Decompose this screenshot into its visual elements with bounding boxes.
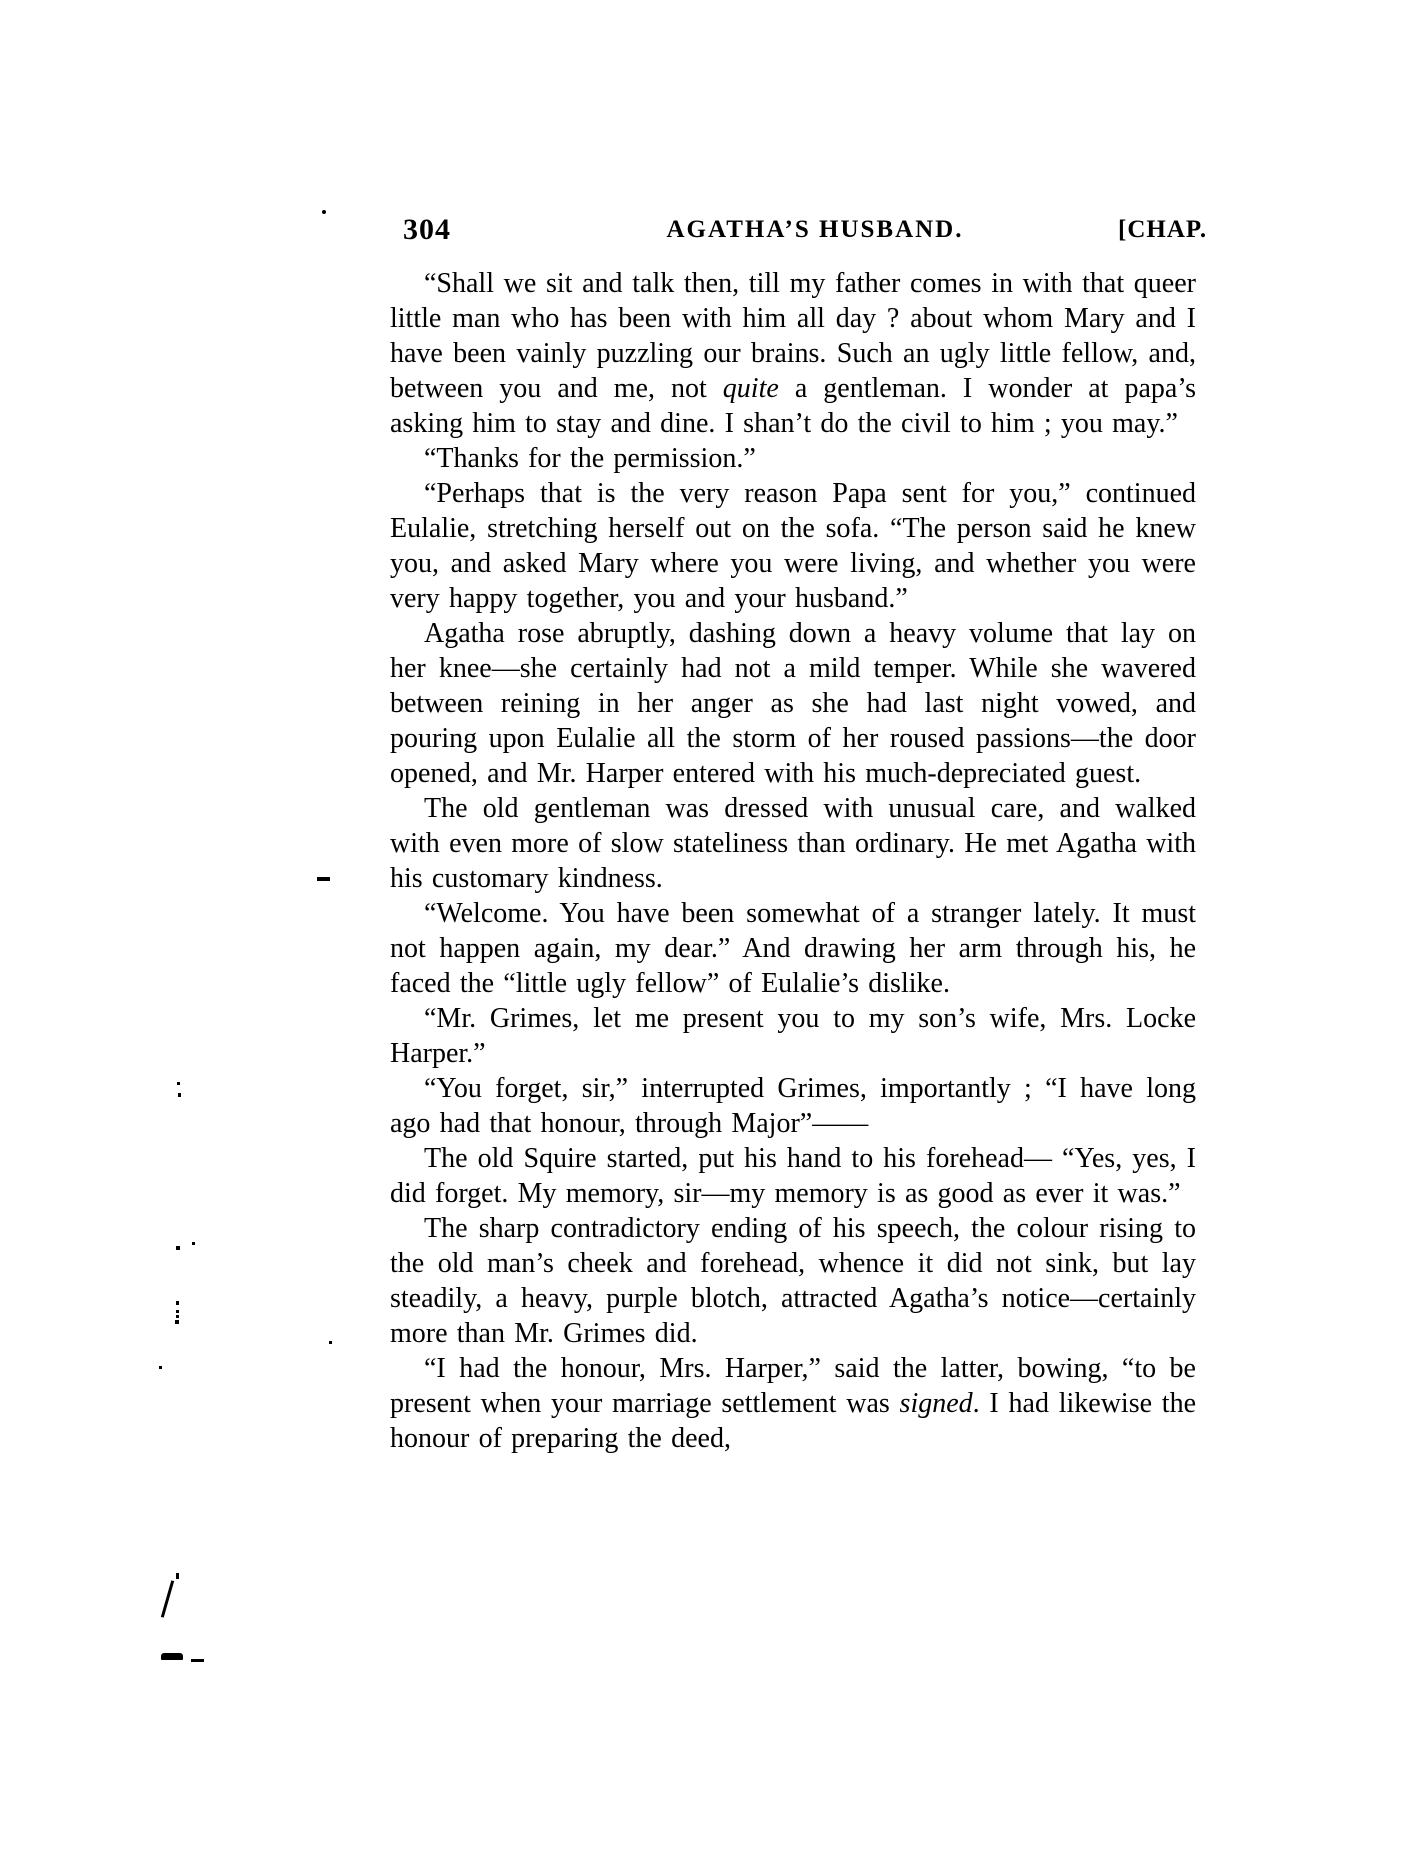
stray-mark xyxy=(176,1310,179,1313)
stray-mark xyxy=(176,1301,179,1305)
italic-text-run: signed xyxy=(900,1388,973,1419)
paragraph: “Shall we sit and talk then, till my fat… xyxy=(390,266,1196,441)
stray-mark xyxy=(192,1242,195,1245)
italic-text-run: quite xyxy=(723,373,779,404)
paragraph: The old Squire started, put his hand to … xyxy=(390,1141,1196,1211)
paragraph: “Mr. Grimes, let me present you to my so… xyxy=(390,1001,1196,1071)
stray-mark xyxy=(159,1366,162,1369)
stray-mark xyxy=(329,1341,332,1344)
paragraph: “Thanks for the permission.” xyxy=(390,441,1196,476)
stray-mark xyxy=(322,210,326,214)
page-number: 304 xyxy=(403,213,451,247)
paragraph: “Welcome. You have been somewhat of a st… xyxy=(390,896,1196,1001)
stray-mark xyxy=(161,1580,174,1617)
running-title: AGATHA’S HUSBAND. xyxy=(640,216,990,244)
stray-mark xyxy=(191,1659,204,1662)
chapter-marker: [CHAP. xyxy=(1118,216,1207,244)
stray-mark xyxy=(176,1573,179,1579)
stray-mark xyxy=(317,877,330,881)
book-page: 304 AGATHA’S HUSBAND. [CHAP. “Shall we s… xyxy=(0,0,1402,1851)
stray-mark xyxy=(176,1246,180,1250)
text-run: “Welcome. You have been somewhat of a st… xyxy=(390,898,1196,999)
text-run: The sharp contradictory ending of his sp… xyxy=(390,1213,1196,1349)
page-body: “Shall we sit and talk then, till my fat… xyxy=(390,266,1196,1456)
text-run: “Mr. Grimes, let me present you to my so… xyxy=(390,1003,1196,1069)
text-run: “Perhaps that is the very reason Papa se… xyxy=(390,478,1196,614)
paragraph: Agatha rose abruptly, dashing down a hea… xyxy=(390,616,1196,791)
paragraph: “You forget, sir,” interrupted Grimes, i… xyxy=(390,1071,1196,1141)
stray-mark xyxy=(161,1653,183,1660)
stray-mark xyxy=(178,1093,181,1097)
text-run: “Thanks for the permission.” xyxy=(424,443,756,474)
stray-mark xyxy=(175,1320,179,1324)
text-run: Agatha rose abruptly, dashing down a hea… xyxy=(390,618,1196,789)
stray-mark xyxy=(176,1315,179,1318)
paragraph: The sharp contradictory ending of his sp… xyxy=(390,1211,1196,1351)
stray-mark xyxy=(177,1082,180,1085)
paragraph: The old gentleman was dressed with unusu… xyxy=(390,791,1196,896)
paragraph: “I had the honour, Mrs. Harper,” said th… xyxy=(390,1351,1196,1456)
paragraph: “Perhaps that is the very reason Papa se… xyxy=(390,476,1196,616)
text-run: The old gentleman was dressed with unusu… xyxy=(390,793,1196,894)
text-run: The old Squire started, put his hand to … xyxy=(390,1143,1196,1209)
text-run: “You forget, sir,” interrupted Grimes, i… xyxy=(390,1073,1196,1139)
